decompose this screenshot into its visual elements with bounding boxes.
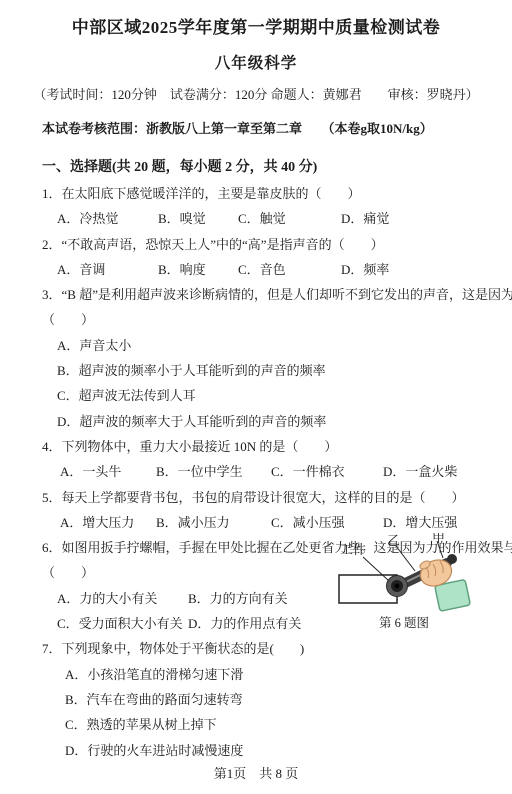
exam-title: 中部区域2025学年度第一学期期中质量检测试卷 bbox=[0, 0, 512, 38]
question-5-option-a: A．增大压力 bbox=[60, 510, 156, 535]
yi-leader-line bbox=[396, 546, 415, 571]
question-3-option-c: C．超声波无法传到人耳 bbox=[42, 383, 494, 408]
question-4-option-b: B．一位中学生 bbox=[156, 459, 271, 484]
question-7-option-b: B．汽车在弯曲的路面匀速转弯 bbox=[42, 687, 494, 712]
question-4-option-c: C．一件棉衣 bbox=[271, 459, 383, 484]
question-1: 1．在太阳底下感觉暖洋洋的，主要是靠皮肤的（ ） A．冷热觉 B．嗅觉 C．触觉… bbox=[42, 181, 494, 232]
question-6-option-a: A．力的大小有关 bbox=[57, 586, 188, 611]
question-5-stem: 5．每天上学都要背书包，书包的肩带设计很宽大，这样的目的是（ ） bbox=[42, 485, 494, 510]
question-7: 7．下列现象中，物体处于平衡状态的是( ) A．小孩沿笔直的滑梯匀速下滑 B．汽… bbox=[42, 636, 494, 762]
question-4: 4．下列物体中，重力大小最接近 10N 的是（ ） A．一头牛 B．一位中学生 … bbox=[42, 434, 494, 485]
question-2-option-d: D．频率 bbox=[341, 257, 494, 282]
question-7-option-c: C．熟透的苹果从树上掉下 bbox=[42, 712, 494, 737]
figure-caption: 第 6 题图 bbox=[333, 615, 475, 631]
exam-info-line: （考试时间：120分钟 试卷满分：120分 命题人：黄娜君 审核：罗晓丹） bbox=[0, 84, 512, 103]
question-2: 2．“不敢高声语，恐惊天上人”中的“高”是指声音的（ ） A．音调 B．响度 C… bbox=[42, 232, 494, 283]
questions-area: 一、选择题(共 20 题，每小题 2 分，共 40 分) 1．在太阳底下感觉暖洋… bbox=[0, 155, 512, 763]
question-7-option-a: A．小孩沿笔直的滑梯匀速下滑 bbox=[42, 662, 494, 687]
question-2-options: A．音调 B．响度 C．音色 D．频率 bbox=[42, 257, 494, 282]
question-3: 3．“B 超”是利用超声波来诊断病情的，但是人们却听不到它发出的声音，这是因为 … bbox=[42, 282, 494, 434]
question-3-option-d: D．超声波的频率大于人耳能听到的声音的频率 bbox=[42, 409, 494, 434]
question-5-option-d: D．增大压强 bbox=[383, 510, 494, 535]
question-2-option-a: A．音调 bbox=[57, 257, 158, 282]
question-5: 5．每天上学都要背书包，书包的肩带设计很宽大，这样的目的是（ ） A．增大压力 … bbox=[42, 485, 494, 536]
question-4-stem: 4．下列物体中，重力大小最接近 10N 的是（ ） bbox=[42, 434, 494, 459]
question-1-options: A．冷热觉 B．嗅觉 C．触觉 D．痛觉 bbox=[42, 206, 494, 231]
question-3-answer-bracket: （ ） bbox=[42, 307, 494, 332]
question-2-stem: 2．“不敢高声语，恐惊天上人”中的“高”是指声音的（ ） bbox=[42, 232, 494, 257]
question-3-stem: 3．“B 超”是利用超声波来诊断病情的，但是人们却听不到它发出的声音，这是因为 bbox=[42, 282, 494, 307]
question-1-option-d: D．痛觉 bbox=[341, 206, 494, 231]
question-6-options-row-1: A．力的大小有关 B．力的方向有关 bbox=[42, 586, 382, 611]
page-footer: 第1页 共 8 页 bbox=[0, 763, 512, 782]
question-6-options-row-2: C．受力面积大小有关 D．力的作用点有关 bbox=[42, 611, 382, 636]
question-5-option-b: B．减小压力 bbox=[156, 510, 271, 535]
question-2-option-b: B．响度 bbox=[158, 257, 238, 282]
question-6-figure: 工件 乙 甲 第 6 题图 bbox=[333, 533, 475, 631]
question-2-option-c: C．音色 bbox=[238, 257, 341, 282]
question-7-option-d: D．行驶的火车进站时减慢速度 bbox=[42, 738, 494, 763]
exam-scope-line: 本试卷考核范围：浙教版八上第一章至第二章 （本卷g取10N/kg） bbox=[42, 118, 512, 137]
jia-label: 甲 bbox=[432, 533, 445, 545]
question-5-option-c: C．减小压强 bbox=[271, 510, 383, 535]
question-1-option-b: B．嗅觉 bbox=[158, 206, 238, 231]
question-4-options: A．一头牛 B．一位中学生 C．一件棉衣 D．一盒火柴 bbox=[42, 459, 494, 484]
question-1-stem: 1．在太阳底下感觉暖洋洋的，主要是靠皮肤的（ ） bbox=[42, 181, 494, 206]
question-4-option-d: D．一盒火柴 bbox=[383, 459, 494, 484]
question-5-options: A．增大压力 B．减小压力 C．减小压强 D．增大压强 bbox=[42, 510, 494, 535]
workpiece-label: 工件 bbox=[340, 542, 366, 557]
question-6-option-c: C．受力面积大小有关 bbox=[57, 611, 188, 636]
wrench-figure-illustration: 工件 乙 甲 bbox=[333, 533, 475, 613]
question-1-option-c: C．触觉 bbox=[238, 206, 341, 231]
question-3-option-a: A．声音太小 bbox=[42, 333, 494, 358]
question-3-option-b: B．超声波的频率小于人耳能听到的声音的频率 bbox=[42, 358, 494, 383]
wrench-knob bbox=[447, 554, 457, 564]
yi-label: 乙 bbox=[387, 533, 400, 548]
section-1-heading: 一、选择题(共 20 题，每小题 2 分，共 40 分) bbox=[42, 155, 494, 181]
question-4-option-a: A．一头牛 bbox=[60, 459, 156, 484]
exam-subtitle: 八年级科学 bbox=[0, 51, 512, 73]
exam-page: 中部区域2025学年度第一学期期中质量检测试卷 八年级科学 （考试时间：120分… bbox=[0, 0, 512, 794]
question-1-option-a: A．冷热觉 bbox=[57, 206, 158, 231]
question-7-stem: 7．下列现象中，物体处于平衡状态的是( ) bbox=[42, 636, 494, 661]
nut-center bbox=[395, 584, 400, 589]
